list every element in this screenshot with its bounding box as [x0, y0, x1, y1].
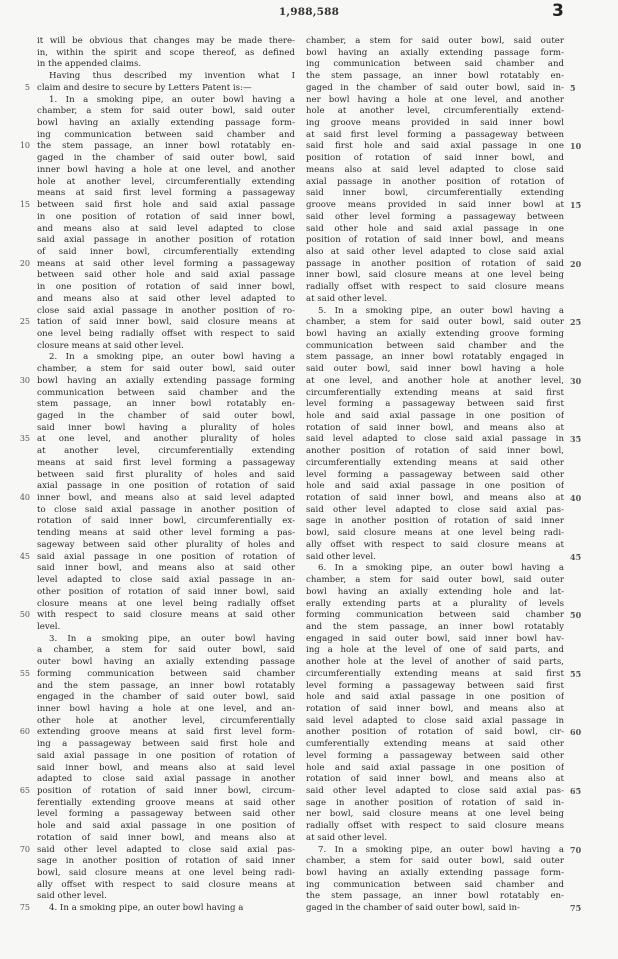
text-line: between said first plurality of holes an…	[37, 470, 295, 482]
text-line: hole and said axial passage in one posit…	[306, 411, 564, 423]
line-number: 40	[14, 493, 30, 502]
text-line: axial passage in one position of rotatio…	[37, 481, 295, 493]
text-line: gaged in the chamber of said outer bowl,…	[306, 903, 564, 915]
text-line: 7. In a smoking pipe, an outer bowl havi…	[306, 845, 564, 857]
text-line: the stem passage, an inner bowl rotatabl…	[306, 71, 564, 83]
text-line: gaged in the chamber of said outer bowl,…	[306, 83, 564, 95]
text-line: said axial passage in one position of ro…	[37, 751, 295, 763]
text-line: rotation of said inner bowl, and means a…	[37, 833, 295, 845]
text-line: tation of said inner bowl, said closure …	[37, 317, 295, 329]
text-line: forming communication between said chamb…	[37, 669, 295, 681]
text-line: said other level.	[306, 552, 564, 564]
text-line: said first hole and said axial passage i…	[306, 141, 564, 153]
text-line: another position of rotation of said bow…	[306, 727, 564, 739]
text-line: rotation of said inner bowl, and means a…	[306, 774, 564, 786]
text-line: hole and said axial passage in one posit…	[306, 763, 564, 775]
text-line: rotation of said inner bowl, circumferen…	[37, 516, 295, 528]
text-line: passage in another position of rotation …	[306, 259, 564, 271]
text-line: and the stem passage, an inner bowl rota…	[37, 681, 295, 693]
text-line: at said other level.	[306, 833, 564, 845]
line-number: 10	[14, 141, 30, 150]
line-number: 20	[570, 259, 586, 269]
text-line: position of rotation of said inner bowl,…	[306, 235, 564, 247]
text-line: at one level, and another hole at anothe…	[306, 376, 564, 388]
text-line: circumferentially extending means at sai…	[306, 388, 564, 400]
text-line: tending means at said other level formin…	[37, 528, 295, 540]
text-line: other hole at another level, circumferen…	[37, 716, 295, 728]
line-number: 50	[14, 610, 30, 619]
text-line: said inner bowl having a plurality of ho…	[37, 423, 295, 435]
line-number: 60	[570, 727, 586, 737]
line-number: 65	[14, 786, 30, 795]
page-number: 3	[552, 1, 564, 21]
text-line: in, within the spirit and scope thereof,…	[37, 48, 295, 60]
text-line: level forming a passageway between said …	[306, 470, 564, 482]
text-line: hole and said axial passage in one posit…	[37, 821, 295, 833]
text-line: said level adapted to close said axial p…	[306, 434, 564, 446]
text-line: said inner bowl, and means also at said …	[37, 563, 295, 575]
text-line: rotation of said inner bowl, and means a…	[306, 493, 564, 505]
line-number: 15	[570, 200, 586, 210]
text-line: ing a hole at the level of one of said p…	[306, 645, 564, 657]
text-line: communication between said chamber and t…	[37, 388, 295, 400]
line-number: 55	[14, 669, 30, 678]
text-line: hole at another level, circumferentially…	[37, 177, 295, 189]
text-line: adapted to close said axial passage in a…	[37, 774, 295, 786]
text-line: ing groove means provided in said inner …	[306, 118, 564, 130]
patent-number: 1,988,588	[0, 6, 618, 18]
text-line: gaged in the chamber of said outer bowl,	[37, 411, 295, 423]
text-line: chamber, a stem for said outer bowl, sai…	[306, 856, 564, 868]
text-line: ing communication between said chamber a…	[37, 130, 295, 142]
text-line: also at said other level adapted to clos…	[306, 247, 564, 259]
text-line: ally offset with respect to said closure…	[306, 540, 564, 552]
line-number: 20	[14, 259, 30, 268]
line-number: 30	[14, 376, 30, 385]
text-line: chamber, a stem for said outer bowl, sai…	[306, 36, 564, 48]
line-number: 70	[14, 845, 30, 854]
text-line: level forming a passageway between said …	[37, 809, 295, 821]
text-line: hole and said axial passage in one posit…	[306, 481, 564, 493]
text-line: at said first level forming a passageway…	[306, 130, 564, 142]
text-line: ing communication between said chamber a…	[306, 880, 564, 892]
text-line: bowl having an axially extending hole an…	[306, 587, 564, 599]
text-line: and means also at said level adapted to …	[37, 224, 295, 236]
text-line: position of rotation of said inner bowl,…	[306, 153, 564, 165]
text-line: means also at said level adapted to clos…	[306, 165, 564, 177]
text-line: said other level forming a passageway be…	[306, 212, 564, 224]
line-number: 25	[14, 317, 30, 326]
text-line: sage in another position of rotation of …	[306, 516, 564, 528]
text-line: means at said first level forming a pass…	[37, 188, 295, 200]
text-line: level forming a passageway between said …	[306, 681, 564, 693]
text-line: radially offset with respect to said clo…	[306, 282, 564, 294]
text-line: 5. In a smoking pipe, an outer bowl havi…	[306, 306, 564, 318]
text-line: and means also at said other level adapt…	[37, 294, 295, 306]
text-line: level forming a passageway between said …	[306, 399, 564, 411]
text-line: groove means provided in said inner bowl…	[306, 200, 564, 212]
text-line: at said other level.	[306, 294, 564, 306]
text-line: Having thus described my invention what …	[37, 71, 295, 83]
text-line: closure means at said other level.	[37, 341, 295, 353]
text-line: means at said first level forming a pass…	[37, 458, 295, 470]
line-number: 75	[14, 903, 30, 912]
text-line: inner bowl having a hole at one level, a…	[37, 704, 295, 716]
text-line: outer bowl having an axially extending p…	[37, 657, 295, 669]
text-line: said axial passage in one position of ro…	[37, 552, 295, 564]
text-line: another position of rotation of said inn…	[306, 446, 564, 458]
text-line: extending groove means at said first lev…	[37, 727, 295, 739]
text-line: between said other hole and said axial p…	[37, 270, 295, 282]
text-line: with respect to said closure means at sa…	[37, 610, 295, 622]
text-line: a chamber, a stem for said outer bowl, s…	[37, 645, 295, 657]
line-number: 70	[570, 845, 586, 855]
line-number: 40	[570, 493, 586, 503]
text-line: engaged in said outer bowl, said inner b…	[306, 634, 564, 646]
text-line: circumferentially extending means at sai…	[306, 669, 564, 681]
text-line: said outer bowl, said inner bowl having …	[306, 364, 564, 376]
text-line: sageway between said other plurality of …	[37, 540, 295, 552]
text-line: chamber, a stem for said outer bowl, sai…	[37, 106, 295, 118]
text-line: bowl, said closure means at one level be…	[306, 528, 564, 540]
text-line: said axial passage in another position o…	[37, 235, 295, 247]
text-line: hole and said axial passage in one posit…	[306, 692, 564, 704]
text-line: to close said axial passage in another p…	[37, 505, 295, 517]
text-line: hole at another level, circumferentially…	[306, 106, 564, 118]
text-line: bowl having an axially extending passage…	[37, 118, 295, 130]
right-column: chamber, a stem for said outer bowl, sai…	[306, 36, 564, 915]
text-line: at one level, and another plurality of h…	[37, 434, 295, 446]
text-line: and the stem passage, an inner bowl rota…	[306, 622, 564, 634]
text-line: bowl having an axially extending passage…	[37, 376, 295, 388]
text-line: level adapted to close said axial passag…	[37, 575, 295, 587]
line-number: 5	[14, 83, 30, 92]
text-line: circumferentially extending means at sai…	[306, 458, 564, 470]
text-line: said level adapted to close said axial p…	[306, 716, 564, 728]
line-number: 15	[14, 200, 30, 209]
text-line: inner bowl, said closure means at one le…	[306, 270, 564, 282]
text-line: at another level, circumferentially exte…	[37, 446, 295, 458]
text-line: said other hole and said axial passage i…	[306, 224, 564, 236]
line-number: 35	[14, 434, 30, 443]
line-number: 60	[14, 727, 30, 736]
text-line: cumferentially extending means at said o…	[306, 739, 564, 751]
text-line: engaged in the chamber of said outer bow…	[37, 692, 295, 704]
text-line: level.	[37, 622, 295, 634]
line-number: 45	[570, 552, 586, 562]
text-line: of said inner bowl, circumferentially ex…	[37, 247, 295, 259]
text-line: the stem passage, an inner bowl rotatabl…	[306, 891, 564, 903]
text-line: said inner bowl, and means also at said …	[37, 763, 295, 775]
text-line: ferentially extending groove means at sa…	[37, 798, 295, 810]
line-number: 10	[570, 141, 586, 151]
text-line: close said axial passage in another posi…	[37, 306, 295, 318]
text-line: the stem passage, an inner bowl rotatabl…	[37, 141, 295, 153]
text-line: position of rotation of said inner bowl,…	[37, 786, 295, 798]
text-line: rotation of said inner bowl, and means a…	[306, 704, 564, 716]
text-line: chamber, a stem for said outer bowl, sai…	[306, 575, 564, 587]
text-line: other position of rotation of said inner…	[37, 587, 295, 599]
line-number: 45	[14, 552, 30, 561]
line-number: 50	[570, 610, 586, 620]
text-line: bowl having an axially extending passage…	[306, 48, 564, 60]
line-number: 55	[570, 669, 586, 679]
text-line: 6. In a smoking pipe, an outer bowl havi…	[306, 563, 564, 575]
text-line: in one position of rotation of said inne…	[37, 212, 295, 224]
text-line: 2. In a smoking pipe, an outer bowl havi…	[37, 352, 295, 364]
line-number: 5	[570, 83, 586, 93]
left-column: it will be obvious that changes may be m…	[37, 36, 295, 915]
text-line: ing a passageway between said first hole…	[37, 739, 295, 751]
text-line: closure means at one level being radiall…	[37, 599, 295, 611]
text-line: radially offset with respect to said clo…	[306, 821, 564, 833]
text-line: chamber, a stem for said outer bowl, sai…	[37, 364, 295, 376]
text-line: bowl, said closure means at one level be…	[37, 868, 295, 880]
line-number: 35	[570, 434, 586, 444]
text-line: it will be obvious that changes may be m…	[37, 36, 295, 48]
text-line: in the appended claims.	[37, 59, 295, 71]
text-line: inner bowl having a hole at one level, a…	[37, 165, 295, 177]
text-line: between said first hole and said axial p…	[37, 200, 295, 212]
text-line: ally offset with respect to said closure…	[37, 880, 295, 892]
text-line: stem passage, an inner bowl rotatably en…	[306, 352, 564, 364]
text-line: 3. In a smoking pipe, an outer bowl havi…	[37, 634, 295, 646]
text-line: level forming a passageway between said …	[306, 751, 564, 763]
line-number: 25	[570, 317, 586, 327]
text-line: sage in another position of rotation of …	[306, 798, 564, 810]
text-line: gaged in the chamber of said outer bowl,…	[37, 153, 295, 165]
text-line: another hole at the level of another of …	[306, 657, 564, 669]
text-line: one level being radially offset with res…	[37, 329, 295, 341]
text-line: communication between said chamber and t…	[306, 341, 564, 353]
line-number: 30	[570, 376, 586, 386]
text-line: bowl having an axially extending passage…	[306, 868, 564, 880]
text-line: ner bowl having a hole at one level, and…	[306, 95, 564, 107]
line-number: 65	[570, 786, 586, 796]
text-line: rotation of said inner bowl, and means a…	[306, 423, 564, 435]
text-line: forming communication between said chamb…	[306, 610, 564, 622]
text-line: said other level adapted to close said a…	[37, 845, 295, 857]
text-line: said inner bowl, circumferentially exten…	[306, 188, 564, 200]
text-line: bowl having an axially extending groove …	[306, 329, 564, 341]
text-line: erally extending parts at a plurality of…	[306, 599, 564, 611]
text-line: sage in another position of rotation of …	[37, 856, 295, 868]
text-line: chamber, a stem for said outer bowl, sai…	[306, 317, 564, 329]
text-line: means at said other level forming a pass…	[37, 259, 295, 271]
text-line: 1. In a smoking pipe, an outer bowl havi…	[37, 95, 295, 107]
line-number: 75	[570, 903, 586, 913]
text-line: claim and desire to secure by Letters Pa…	[37, 83, 295, 95]
text-line: said other level.	[37, 891, 295, 903]
text-line: said other level adapted to close said a…	[306, 505, 564, 517]
text-line: 4. In a smoking pipe, an outer bowl havi…	[37, 903, 295, 915]
text-line: said other level adapted to close said a…	[306, 786, 564, 798]
text-line: ing communication between said chamber a…	[306, 59, 564, 71]
text-line: stem passage, an inner bowl rotatably en…	[37, 399, 295, 411]
text-line: in one position of rotation of said inne…	[37, 282, 295, 294]
text-line: axial passage in another position of rot…	[306, 177, 564, 189]
text-line: inner bowl, and means also at said level…	[37, 493, 295, 505]
text-line: ner bowl, said closure means at one leve…	[306, 809, 564, 821]
patent-page: 1,988,588 3 it will be obvious that chan…	[0, 0, 618, 959]
